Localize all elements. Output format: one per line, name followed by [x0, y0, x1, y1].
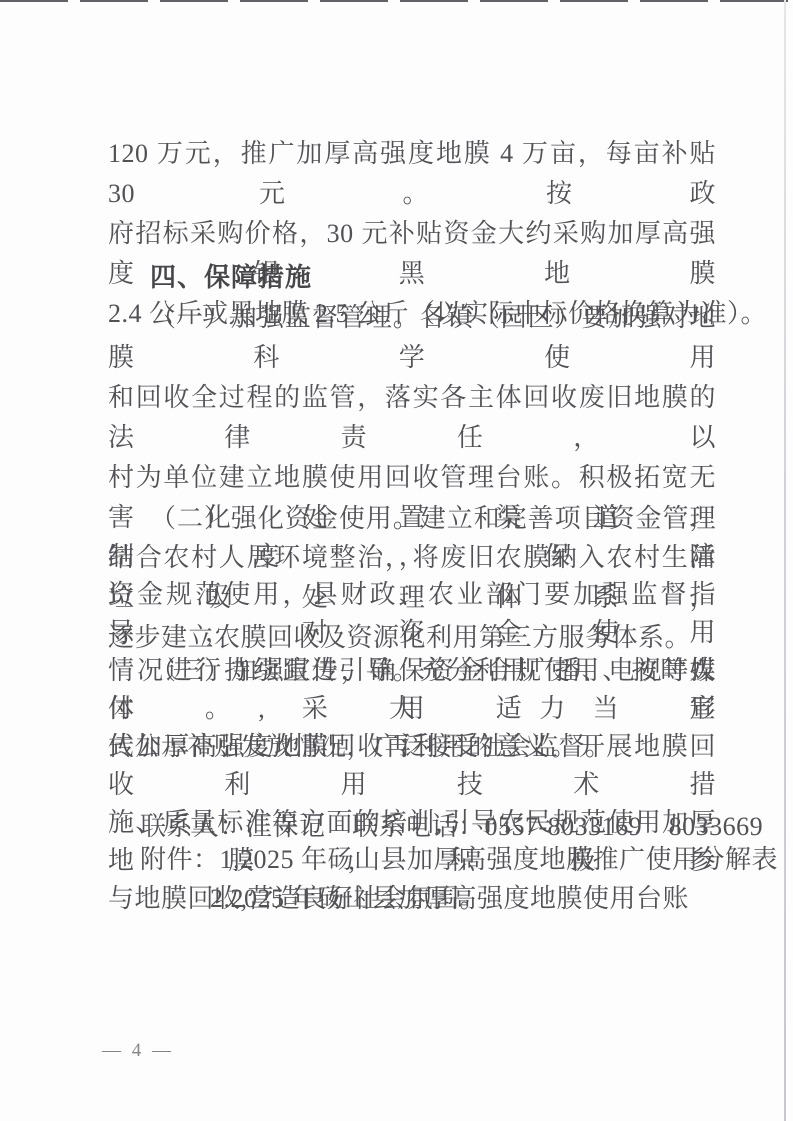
- page-number: — 4 —: [102, 1036, 174, 1066]
- body-line: （一）加强监督管理。各镇（园区）要加强对地膜科学使用: [108, 298, 716, 378]
- body-line: 和回收全过程的监管，落实各主体回收废旧地膜的法律责任，以: [108, 378, 716, 458]
- body-line: 资金规范使用，县财政、农业部门要加强监督指导，对资金使用: [108, 576, 716, 652]
- body-line: （三）加强宣传引导。充分利用广播、电视等媒体,大力宣: [108, 652, 716, 728]
- scan-top-edge-artifact: [0, 0, 793, 2]
- attachment-line: 附件：1.2025 年砀山县加厚高强度地膜推广使用分解表: [108, 840, 716, 879]
- body-line: 120 万元，推广加厚高强度地膜 4 万亩，每亩补贴 30 元。按政: [108, 134, 716, 214]
- document-page: 120 万元，推广加厚高强度地膜 4 万亩，每亩补贴 30 元。按政 府招标采购…: [0, 0, 793, 1121]
- attachment-line: 2.2025 年砀山县加厚高强度地膜使用台账: [108, 879, 716, 918]
- body-line: 传加厚高强度地膜回收再利用的意义。开展地膜回收利用技术措: [108, 728, 716, 804]
- scan-right-edge-line: [784, 0, 786, 1121]
- section-heading-block: 四、保障措施: [108, 258, 716, 297]
- attachments-list: 附件：1.2025 年砀山县加厚高强度地膜推广使用分解表 2.2025 年砀山县…: [108, 840, 716, 918]
- body-line: （二）强化资金使用。建立和完善项目资金管理制度，保障: [108, 500, 716, 576]
- section-heading: 四、保障措施: [108, 258, 716, 297]
